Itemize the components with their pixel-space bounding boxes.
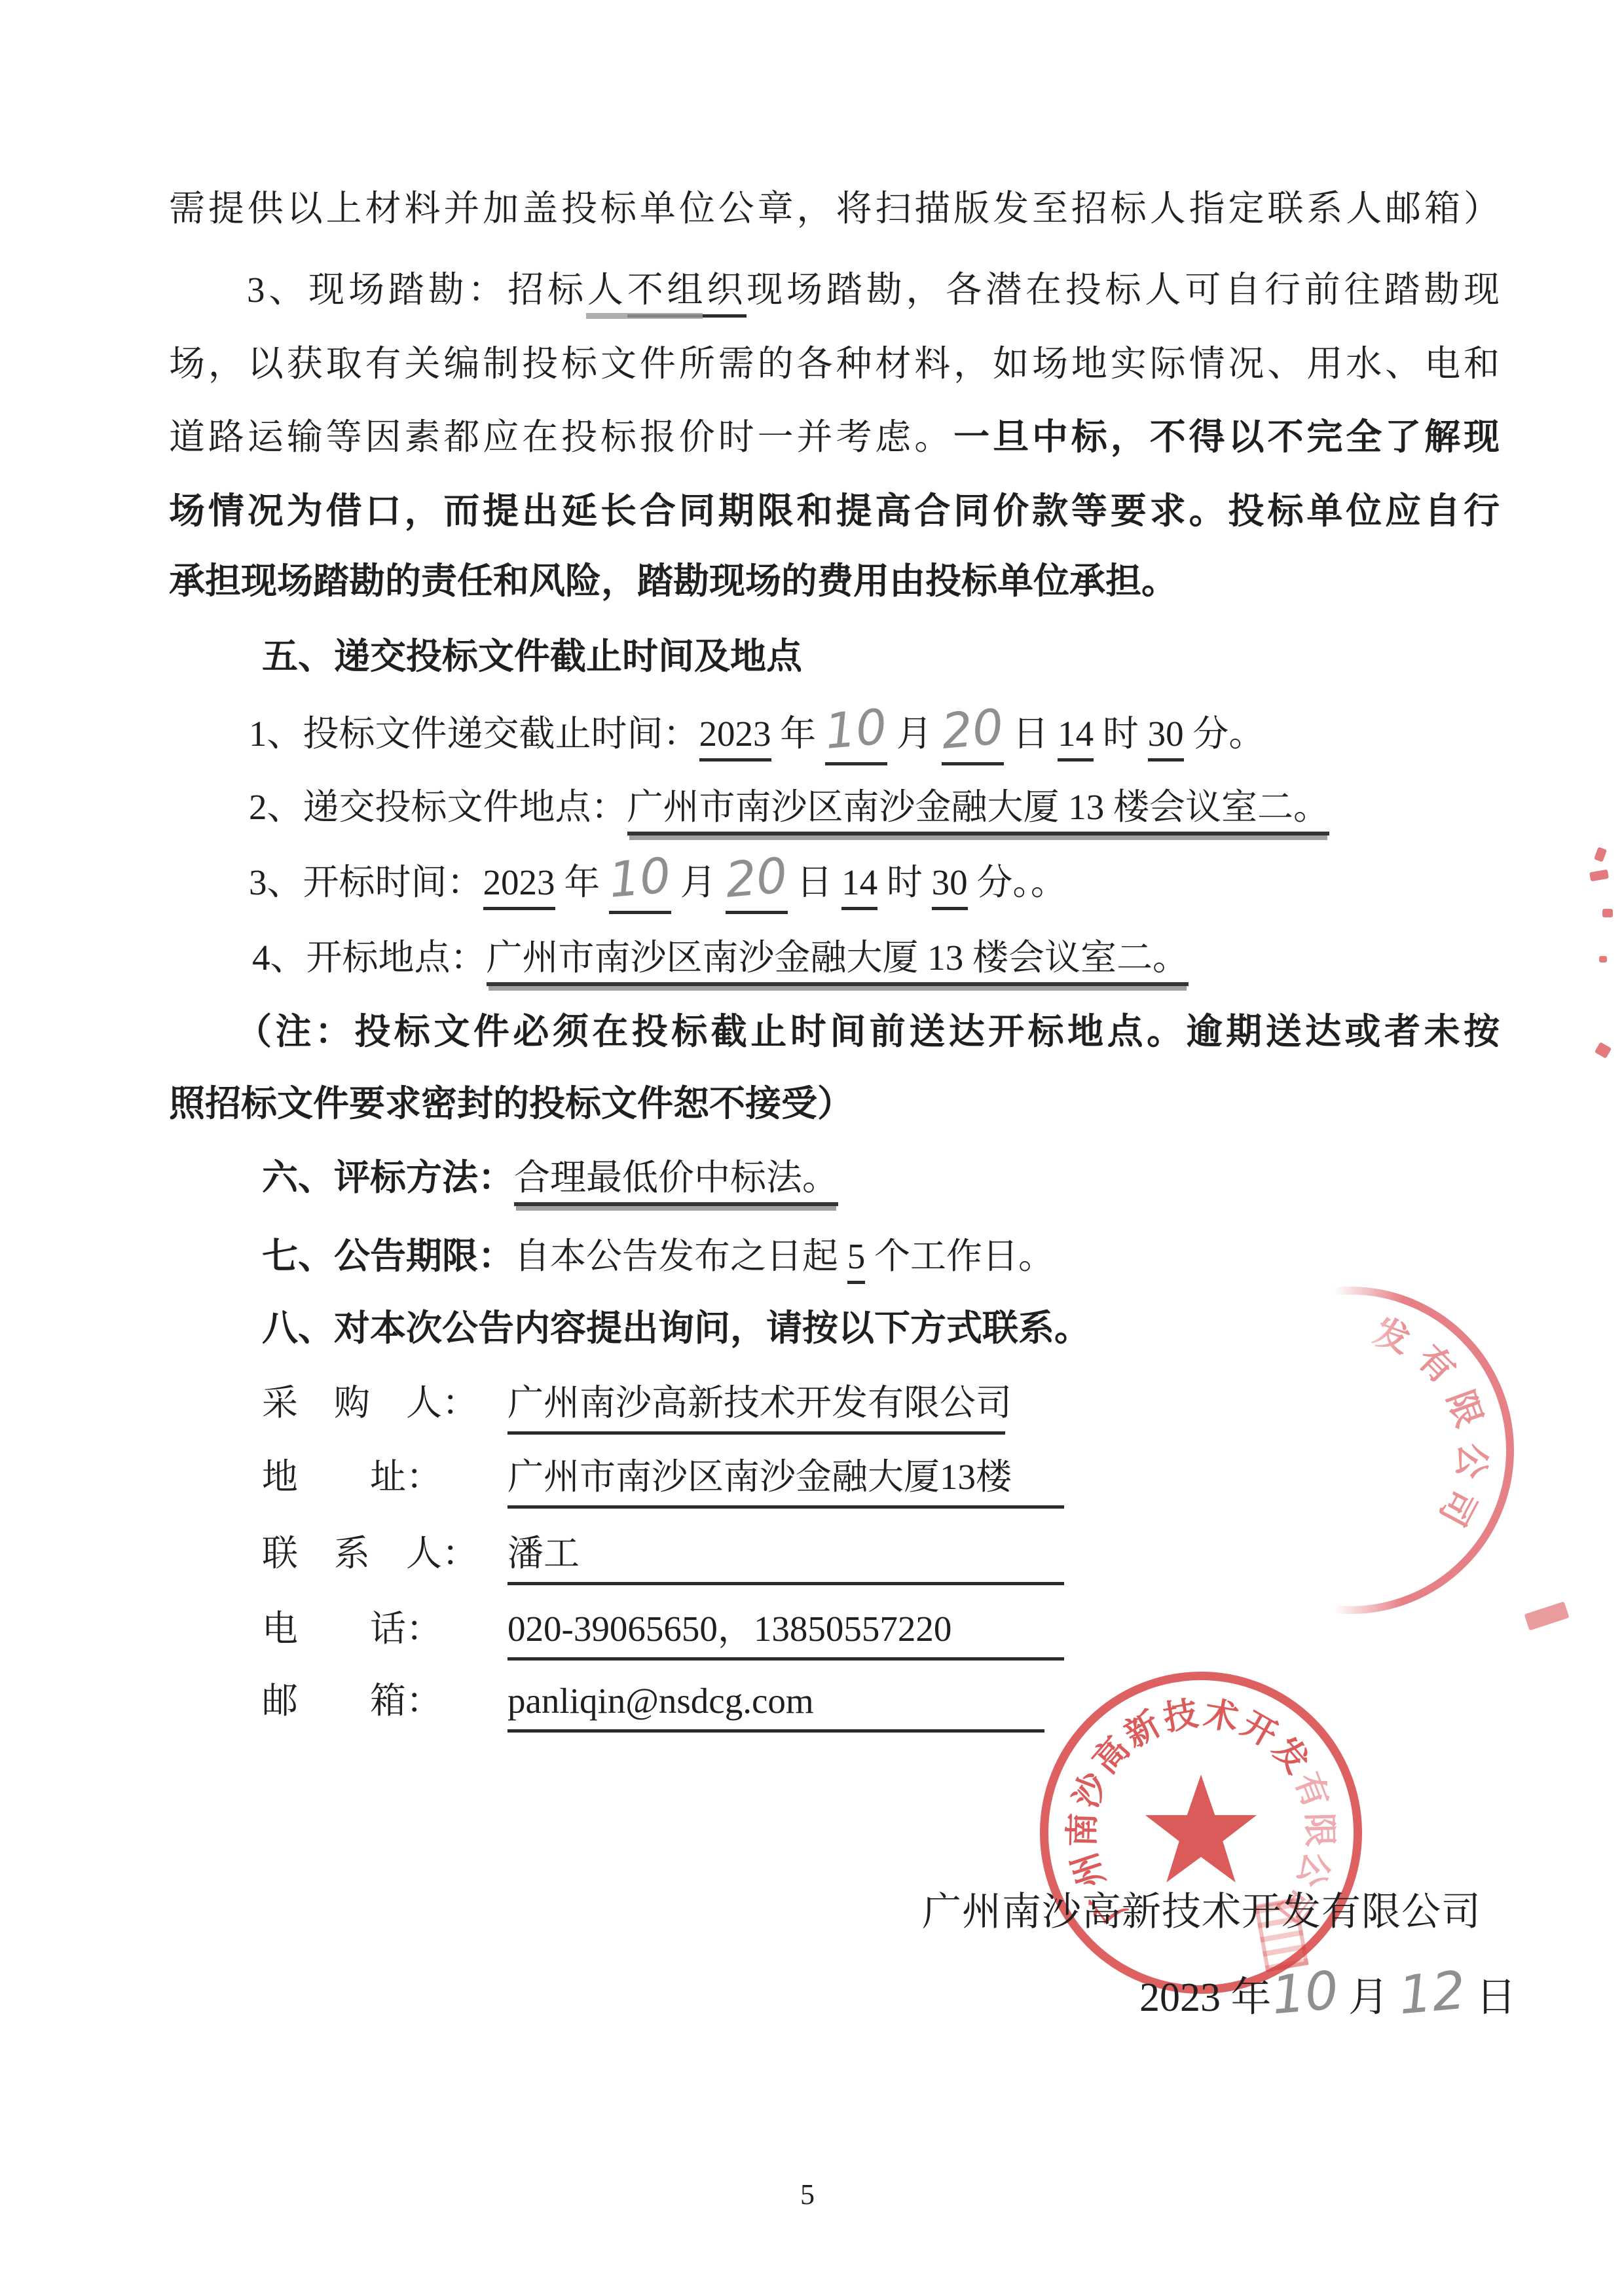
text-run: 场，以获取有关编制投标文件所需的各种材料，如场地实际情况、用水、电和 <box>169 344 1500 384</box>
underlined-year: 2023 <box>699 714 771 762</box>
contact-value: 广州南沙高新技术开发有限公司 <box>507 1380 1005 1435</box>
partial-company-seal: 发有限公司 <box>1187 1287 1514 1614</box>
doc-line-11: 4、开标地点：广州市南沙区南沙金融大厦 13 楼会议室二。 <box>252 934 1189 982</box>
ink-speck <box>1594 847 1607 862</box>
contact-value: 020-39065650，13850557220 <box>507 1606 1064 1661</box>
text-run: 需提供以上材料并加盖投标单位公章，将扫描版发至招标人指定联系人邮箱） <box>169 189 1500 229</box>
handwritten-day: 12 <box>1397 1970 1467 2017</box>
underlined-number: 5 <box>847 1236 866 1284</box>
doc-line-13: 照招标文件要求密封的投标文件恕不接受） <box>169 1080 853 1128</box>
ink-speck <box>1602 909 1613 917</box>
seal-ring-char: 有 <box>1408 1332 1469 1393</box>
heading-text: 七、公告期限： <box>262 1236 514 1276</box>
seal-ring <box>1187 1287 1514 1614</box>
contact-label: 采 购 人： <box>262 1380 507 1427</box>
contact-label: 邮 箱： <box>262 1678 507 1725</box>
scan-smudge <box>586 313 703 319</box>
page-number: 5 <box>800 2178 815 2211</box>
signature-date: 2023 年10 月 12 日 <box>1139 1964 1517 2023</box>
date-day-char: 日 <box>1466 1975 1517 2020</box>
text-run: 时 <box>877 862 932 902</box>
bold-text: 照招标文件要求密封的投标文件恕不接受） <box>169 1084 853 1124</box>
seal-ring-char: 有 <box>1285 1764 1344 1814</box>
contact-label: 联 系 人： <box>262 1530 507 1577</box>
doc-line-9: 2、递交投标文件地点：广州市南沙区南沙金融大厦 13 楼会议室二。 <box>249 784 1329 831</box>
handwritten-month: 10 <box>608 856 673 900</box>
text-run: 日 <box>1004 714 1058 754</box>
seal-star-icon <box>1139 1770 1263 1891</box>
ink-speck <box>1595 1042 1612 1059</box>
heading-text: 八、对本次公告内容提出询问，请按以下方式联系。 <box>262 1308 1090 1348</box>
contact-value: 广州市南沙区南沙金融大厦13楼 <box>507 1454 1064 1509</box>
underlined-text: 合理最低价中标法。 <box>514 1158 838 1206</box>
seal-ring-char: 术 <box>1201 1685 1243 1740</box>
underlined-hour: 14 <box>841 862 877 910</box>
doc-line-8: 1、投标文件递交截止时间：2023 年 10 月 20 日 14 时 30 分。 <box>249 710 1264 765</box>
doc-line-6: 承担现场踏勘的责任和风险，踏勘现场的费用由投标单位承担。 <box>169 558 1177 605</box>
contact-row-person: 联 系 人：潘工 <box>262 1530 1064 1585</box>
handwritten-day-slot: 20 <box>942 710 1004 765</box>
doc-line-5: 场情况为借口，而提出延长合同期限和提高合同价款等要求。投标单位应自行 <box>169 488 1500 535</box>
ink-speck <box>1589 870 1609 882</box>
text-run: 月 <box>671 862 726 902</box>
section-heading-6: 六、评标方法：合理最低价中标法。 <box>262 1154 838 1202</box>
text-run: 2、递交投标文件地点： <box>249 787 627 827</box>
seal-ring-char: 限 <box>1437 1382 1497 1433</box>
doc-line-4: 道路运输等因素都应在投标报价时一并考虑。一旦中标，不得以不完全了解现 <box>169 414 1500 461</box>
text-run: 时 <box>1094 714 1148 754</box>
bold-text: 一旦中标，不得以不完全了解现 <box>953 417 1500 457</box>
bold-text: 场情况为借口，而提出延长合同期限和提高合同价款等要求。投标单位应自行 <box>169 491 1500 531</box>
doc-line-12: （注：投标文件必须在投标截止时间前送达开标地点。逾期送达或者未按 <box>236 1008 1500 1056</box>
underlined-minute: 30 <box>1148 714 1184 762</box>
text-run: 日 <box>788 862 842 902</box>
text-run: 分。 <box>1184 714 1265 754</box>
text-run: 分。。 <box>968 862 1067 902</box>
heading-text: 六、评标方法： <box>262 1158 514 1198</box>
seal-ring-char: 发 <box>1367 1304 1418 1363</box>
partial-stamp-ring: 发有限公司 <box>1187 1287 1514 1614</box>
contact-row-email: 邮 箱：panliqin@nsdcg.com <box>262 1678 1044 1733</box>
page-number-text: 5 <box>800 2178 815 2211</box>
handwritten-day-slot: 20 <box>726 859 788 914</box>
seal-ring-char: 沙 <box>1058 1764 1116 1814</box>
seal-ring-char: 限 <box>1298 1812 1348 1848</box>
seal-ring-char: 司 <box>1430 1481 1490 1536</box>
handwritten-month-slot: 10 <box>609 859 671 914</box>
underlined-address: 广州市南沙区南沙金融大厦 13 楼会议室二。 <box>627 787 1330 835</box>
seal-ring-char: 技 <box>1159 1685 1201 1740</box>
section-heading-8: 八、对本次公告内容提出询问，请按以下方式联系。 <box>262 1305 1090 1352</box>
main-stamp-ring: 广州南沙高新技术开发有限公司 <box>1040 1672 1362 1994</box>
seal-ring-char: 高 <box>1079 1724 1139 1782</box>
text-run: 3、现场踏勘：招标人 <box>247 270 627 310</box>
text-run: 1、投标文件递交截止时间： <box>249 714 699 754</box>
text-run: 月 <box>887 714 942 754</box>
section-heading-7: 七、公告期限：自本公告发布之日起 5 个工作日。 <box>262 1233 1054 1280</box>
ink-speck <box>1524 1602 1570 1631</box>
bold-text: （注：投标文件必须在投标截止时间前送达开标地点。逾期送达或者未按 <box>236 1012 1500 1052</box>
text-run: 道路运输等因素都应在投标报价时一并考虑。 <box>169 417 953 457</box>
seal-ring <box>1040 1672 1362 1994</box>
company-seal: 广州南沙高新技术开发有限公司 <box>1040 1672 1362 1994</box>
contact-row-address: 地 址：广州市南沙区南沙金融大厦13楼 <box>262 1454 1064 1509</box>
underlined-hour: 14 <box>1058 714 1094 762</box>
doc-line-10: 3、开标时间：2023 年 10 月 20 日 14 时 30 分。。 <box>249 859 1067 914</box>
seal-ring-char: 新 <box>1114 1697 1168 1757</box>
company-name: 广州南沙高新技术开发有限公司 <box>922 1890 1481 1934</box>
signature-company: 广州南沙高新技术开发有限公司 <box>922 1881 1481 1937</box>
document-page: 需提供以上材料并加盖投标单位公章，将扫描版发至招标人指定联系人邮箱） 3、现场踏… <box>0 0 1624 2295</box>
text-run: 年 <box>771 714 826 754</box>
underlined-text: 不组织 <box>627 270 747 318</box>
contact-value: 潘工 <box>507 1530 1064 1585</box>
text-run: 年 <box>555 862 610 902</box>
handwritten-day: 20 <box>940 708 1005 752</box>
handwritten-month: 10 <box>1270 1970 1340 2017</box>
text-run: 自本公告发布之日起 <box>514 1236 847 1276</box>
heading-text: 五、递交投标文件截止时间及地点 <box>262 636 802 676</box>
ink-speck <box>1599 956 1607 963</box>
contact-label: 电 话： <box>262 1606 507 1653</box>
date-month-char: 月 <box>1338 1975 1399 2020</box>
date-year: 2023 年 <box>1139 1975 1272 2020</box>
handwritten-day: 20 <box>724 856 789 900</box>
contact-row-purchaser: 采 购 人：广州南沙高新技术开发有限公司 <box>262 1380 1005 1435</box>
seal-ring-char: 南 <box>1054 1812 1104 1848</box>
handwritten-month-slot: 10 <box>825 710 887 765</box>
seal-ring-char: 公 <box>1448 1441 1501 1481</box>
contact-label: 地 址： <box>262 1454 507 1501</box>
section-heading-5: 五、递交投标文件截止时间及地点 <box>262 633 802 680</box>
contact-row-phone: 电 话：020-39065650，13850557220 <box>262 1606 1064 1661</box>
text-run: 3、开标时间： <box>249 862 483 902</box>
contact-value: panliqin@nsdcg.com <box>507 1678 1044 1733</box>
text-run: 个工作日。 <box>865 1236 1054 1276</box>
doc-line-2: 3、现场踏勘：招标人不组织现场踏勘，各潜在投标人可自行前往踏勘现 <box>247 266 1500 314</box>
bold-text: 承担现场踏勘的责任和风险，踏勘现场的费用由投标单位承担。 <box>169 561 1177 601</box>
underlined-address: 广州市南沙区南沙金融大厦 13 楼会议室二。 <box>487 938 1189 986</box>
seal-ring-char: 发 <box>1263 1724 1323 1782</box>
doc-line-1: 需提供以上材料并加盖投标单位公章，将扫描版发至招标人指定联系人邮箱） <box>169 185 1500 232</box>
doc-line-3: 场，以获取有关编制投标文件所需的各种材料，如场地实际情况、用水、电和 <box>169 340 1500 388</box>
seal-ring-char: 开 <box>1234 1697 1288 1757</box>
underlined-year: 2023 <box>483 862 555 910</box>
text-run: 现场踏勘，各潜在投标人可自行前往踏勘现 <box>747 270 1500 310</box>
text-run: 4、开标地点： <box>252 938 487 978</box>
handwritten-month: 10 <box>824 708 889 752</box>
underlined-minute: 30 <box>932 862 968 910</box>
